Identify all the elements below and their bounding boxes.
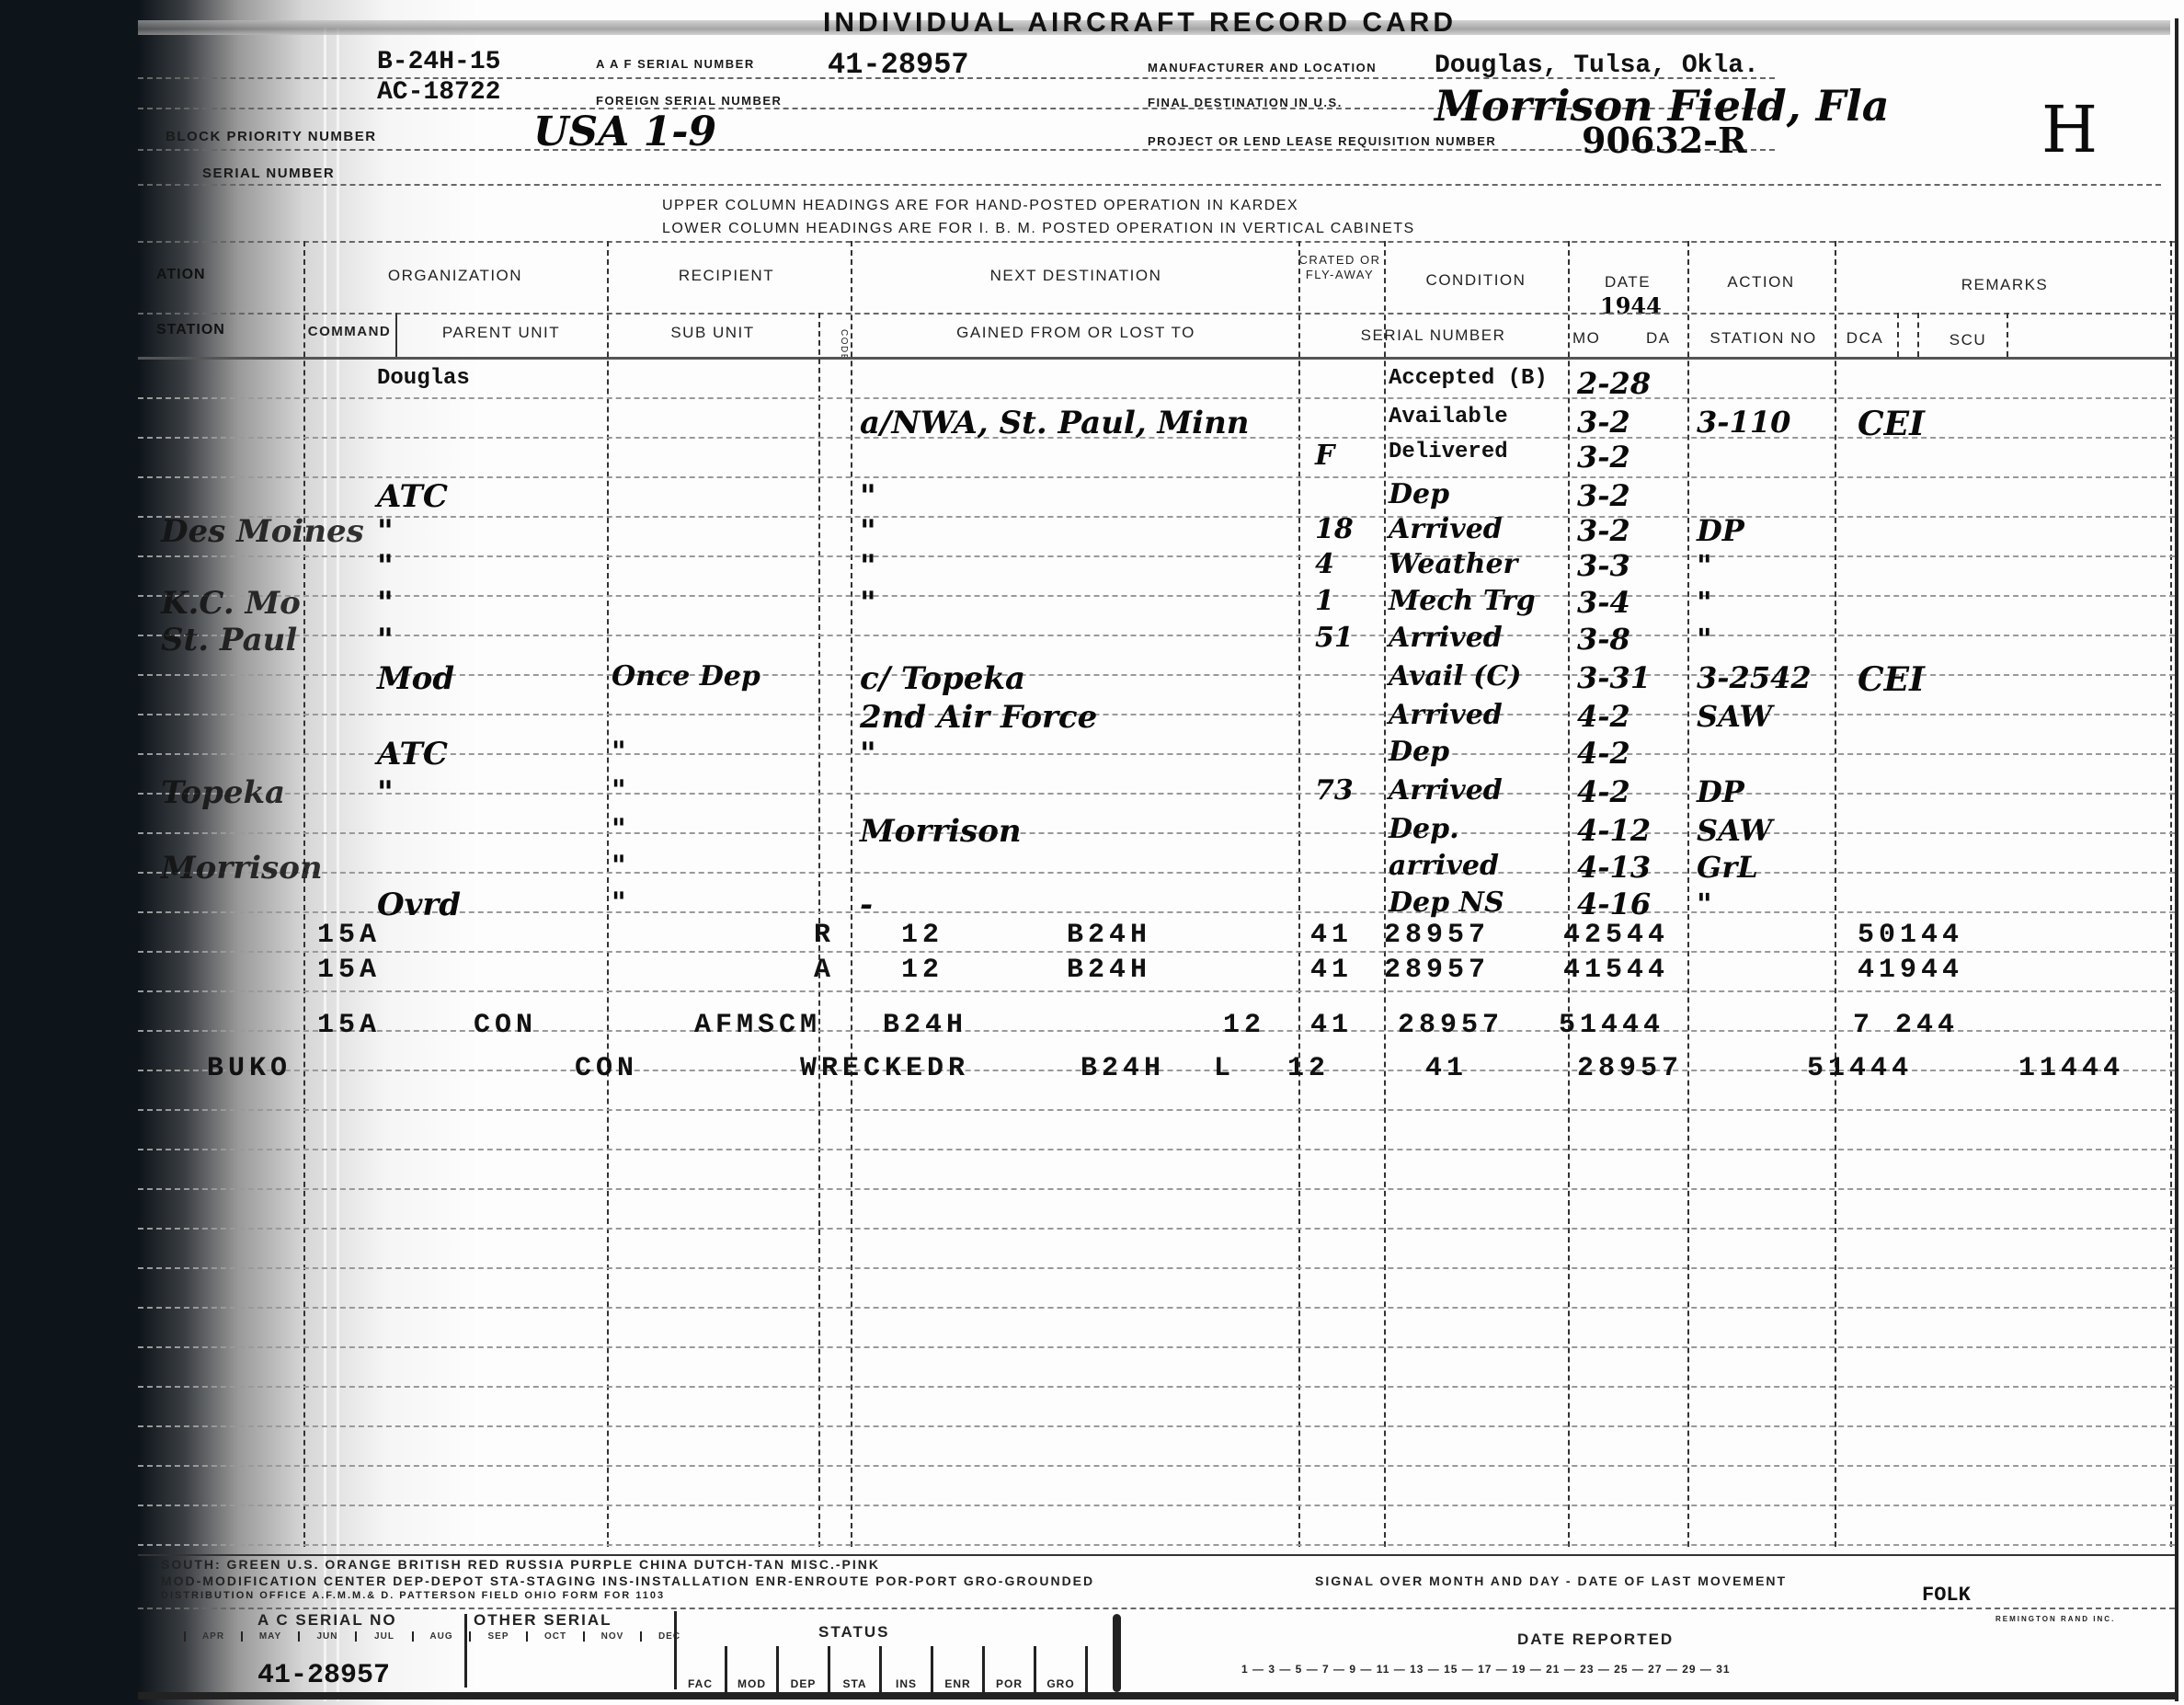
cell-org: " xyxy=(377,548,394,585)
cell-destination: " xyxy=(860,478,876,515)
cell-condition: Dep. xyxy=(1389,813,1459,845)
ibm-cell-date2: 11444 xyxy=(2018,1053,2124,1084)
cell-org: " xyxy=(377,585,394,622)
status-box-dep: DEP xyxy=(779,1646,830,1692)
recipient-header: RECIPIENT xyxy=(607,267,846,285)
ibm-cell-serial: 28957 xyxy=(1398,1010,1504,1041)
row-rule xyxy=(138,1267,2175,1269)
header-bottom-rule xyxy=(138,357,2175,360)
crated-header: CRATED OR FLY-AWAY xyxy=(1298,253,1381,282)
cell-date: 3-2 xyxy=(1577,478,1630,513)
block-priority-label: BLOCK PRIORITY NUMBER xyxy=(166,129,377,144)
cell-action: " xyxy=(1697,622,1712,657)
ibm-cell-date1: 42544 xyxy=(1563,920,1669,951)
dca-header: DCA xyxy=(1837,329,1892,348)
ibm-cell-seq: 12 xyxy=(1287,1053,1330,1084)
row-rule xyxy=(138,1544,2175,1546)
col-divider xyxy=(395,313,397,357)
row-rule xyxy=(138,516,2175,518)
date-reported-days: 1 — 3 — 5 — 7 — 9 — 11 — 13 — 15 — 17 — … xyxy=(1241,1663,1731,1676)
row-rule xyxy=(138,1109,2175,1111)
row-rule xyxy=(138,1425,2175,1427)
cell-date: 3-2 xyxy=(1577,405,1630,440)
cell-condition: arrived xyxy=(1389,850,1499,882)
month-box: SEP xyxy=(469,1631,526,1642)
cell-crated: 51 xyxy=(1315,622,1354,654)
ibm-cell-serial: 28957 xyxy=(1577,1053,1683,1084)
ibm-cell-date2: 41944 xyxy=(1858,955,1963,986)
cell-crated: F xyxy=(1315,440,1334,472)
printer-mark: REMINGTON RAND INC. xyxy=(1995,1615,2115,1623)
cell-date: 2-28 xyxy=(1577,366,1651,401)
month-boxes: APRMAYJUNJULAUGSEPOCTNOVDEC xyxy=(184,1631,697,1642)
distribution-note: DISTRIBUTION OFFICE A.F.M.M.& D. PATTERS… xyxy=(161,1590,665,1601)
rule xyxy=(138,149,1775,151)
row-rule xyxy=(138,1346,2175,1348)
cell-org: Mod xyxy=(377,660,454,697)
action-header: ACTION xyxy=(1687,273,1835,292)
row-rule xyxy=(138,635,2175,636)
lower-headings-note: LOWER COLUMN HEADINGS ARE FOR I. B. M. P… xyxy=(662,221,1415,237)
cell-date: 4-16 xyxy=(1577,887,1651,921)
mfr-serial-label: SERIAL NUMBER xyxy=(202,166,335,181)
cell-location: Topeka xyxy=(161,774,285,811)
ibm-cell-yr: 41 xyxy=(1310,920,1353,951)
project-label: PROJECT OR LEND LEASE REQUISITION NUMBER xyxy=(1148,134,1496,148)
cell-condition: Available xyxy=(1389,405,1508,429)
cell-crated: 1 xyxy=(1315,585,1334,617)
ac-serial-label: A C SERIAL NO xyxy=(257,1611,397,1630)
color-legend: SOUTH: GREEN U.S. ORANGE BRITISH RED RUS… xyxy=(161,1557,880,1572)
ibm-cell-seq: 12 xyxy=(901,955,943,986)
ibm-cell-cmd: 15A xyxy=(317,920,381,951)
cell-condition: Dep xyxy=(1389,478,1449,510)
ibm-cell-type: B24H xyxy=(1081,1053,1165,1084)
cell-location: Morrison xyxy=(161,850,323,887)
ibm-cell-type: B24H xyxy=(883,1010,967,1041)
month-box: JUN xyxy=(298,1631,355,1642)
cell-condition: Arrived xyxy=(1389,513,1503,545)
cell-destination: 2nd Air Force xyxy=(860,699,1097,736)
cell-condition: Accepted (B) xyxy=(1389,366,1548,391)
next-destination-header: NEXT DESTINATION xyxy=(851,267,1301,285)
cell-location: K.C. Mo xyxy=(161,585,301,622)
cell-date: 4-13 xyxy=(1577,850,1651,885)
cell-destination: " xyxy=(860,548,876,585)
ibm-cell-cmd: 15A xyxy=(317,955,381,986)
row-rule xyxy=(138,951,2175,953)
location-header: ATION xyxy=(156,267,206,283)
cell-date: 3-2 xyxy=(1577,440,1630,475)
col-divider xyxy=(1917,313,1919,357)
cell-org: Douglas xyxy=(377,366,470,391)
cell-destination: c/ Topeka xyxy=(860,660,1025,697)
cell-condition: Avail (C) xyxy=(1389,660,1521,692)
organization-header: ORGANIZATION xyxy=(303,267,607,285)
cell-date: 3-4 xyxy=(1577,585,1630,620)
row-rule xyxy=(138,1465,2175,1467)
ibm-cell-type: B24H xyxy=(1067,920,1151,951)
cell-destination: " xyxy=(860,513,876,550)
cell-remarks: CEI xyxy=(1858,405,1925,443)
col-divider xyxy=(1897,313,1899,357)
cell-location: St. Paul xyxy=(161,622,297,658)
ibm-cell-col3: WRECKEDR xyxy=(800,1053,969,1084)
cell-recipient: Once Dep xyxy=(612,660,760,692)
project-value: 90632-R xyxy=(1582,120,1747,161)
ibm-cell-cmd: BUKO xyxy=(207,1053,292,1084)
date-header: DATE xyxy=(1568,273,1687,292)
foreign-serial-label: FOREIGN SERIAL NUMBER xyxy=(596,94,782,108)
date-reported-label: DATE REPORTED xyxy=(1517,1631,1674,1649)
contract-value: AC-18722 xyxy=(377,78,500,107)
cell-date: 3-3 xyxy=(1577,548,1630,583)
signal-tab xyxy=(1113,1614,1121,1692)
row-rule xyxy=(138,1149,2175,1150)
row-rule xyxy=(138,1188,2175,1190)
cell-action: " xyxy=(1697,548,1712,583)
ibm-cell-code: R xyxy=(814,920,835,951)
status-box-ins: INS xyxy=(882,1646,933,1692)
bottom-border xyxy=(138,1692,2175,1699)
rule xyxy=(138,313,2175,315)
cell-crated: 73 xyxy=(1315,774,1354,807)
manufacturer-value: Douglas, Tulsa, Okla. xyxy=(1435,51,1759,80)
row-rule xyxy=(138,1386,2175,1388)
ac-serial-value: 41-28957 xyxy=(257,1660,390,1691)
row-rule xyxy=(138,1307,2175,1309)
ibm-cell-serial: 28957 xyxy=(1384,920,1490,951)
row-rule xyxy=(138,714,2175,715)
status-box-gro: GRO xyxy=(1036,1646,1088,1692)
command-header: COMMAND xyxy=(303,324,395,339)
ibm-cell-seq: 12 xyxy=(901,920,943,951)
ibm-cell-code: L xyxy=(1214,1053,1235,1084)
parent-unit-header: PARENT UNIT xyxy=(395,324,607,342)
status-box-mod: MOD xyxy=(727,1646,779,1692)
cell-recipient: " xyxy=(612,736,626,768)
station-no-header: STATION NO xyxy=(1692,329,1835,348)
remarks-header: REMARKS xyxy=(1835,276,2175,294)
cell-recipient: " xyxy=(612,813,626,845)
manufacturer-label: MANUFACTURER AND LOCATION xyxy=(1148,61,1377,74)
cell-destination: - xyxy=(860,887,873,923)
condition-header: CONDITION xyxy=(1384,271,1568,290)
upper-headings-note: UPPER COLUMN HEADINGS ARE FOR HAND-POSTE… xyxy=(662,198,1298,214)
cell-action: 3-2542 xyxy=(1697,660,1812,695)
cell-condition: Mech Trg xyxy=(1389,585,1536,617)
cell-destination: " xyxy=(860,736,876,772)
status-box-fac: FAC xyxy=(676,1646,727,1692)
cell-action: 3-110 xyxy=(1697,405,1790,440)
cell-crated: 4 xyxy=(1315,548,1334,580)
ibm-cell-type: B24H xyxy=(1067,955,1151,986)
row-rule xyxy=(138,1228,2175,1230)
ibm-cell-yr: 41 xyxy=(1310,955,1353,986)
cell-condition: Arrived xyxy=(1389,622,1503,654)
ibm-cell-date1: 51444 xyxy=(1807,1053,1913,1084)
cell-action: " xyxy=(1697,887,1712,921)
cell-org: " xyxy=(377,622,394,658)
card-title: INDIVIDUAL AIRCRAFT RECORD CARD xyxy=(823,7,1457,39)
row-rule xyxy=(138,555,2175,557)
cell-location: Des Moines xyxy=(161,513,364,550)
col-divider xyxy=(464,1614,467,1688)
sub-unit-header: SUB UNIT xyxy=(607,324,818,342)
station-header: STATION xyxy=(156,322,225,338)
cell-recipient: " xyxy=(612,774,626,807)
serial-number-header: SERIAL NUMBER xyxy=(1298,326,1568,345)
signal-note: SIGNAL OVER MONTH AND DAY - DATE OF LAST… xyxy=(1315,1573,1787,1588)
cell-date: 3-2 xyxy=(1577,513,1630,548)
cell-date: 3-31 xyxy=(1577,660,1651,695)
row-rule xyxy=(138,872,2175,874)
cell-condition: Weather xyxy=(1389,548,1517,580)
cell-org: ATC xyxy=(377,478,448,515)
model-value: B-24H-15 xyxy=(377,48,500,76)
month-box: DEC xyxy=(640,1631,697,1642)
ibm-cell-serial: 28957 xyxy=(1384,955,1490,986)
status-label: STATUS xyxy=(818,1623,889,1642)
status-box-sta: STA xyxy=(830,1646,882,1692)
cell-recipient: " xyxy=(612,887,626,919)
status-box-por: POR xyxy=(985,1646,1036,1692)
col-divider xyxy=(2007,313,2008,357)
gained-lost-header: GAINED FROM OR LOST TO xyxy=(851,324,1301,342)
cell-action: SAW xyxy=(1697,699,1772,734)
cell-condition: Dep NS xyxy=(1389,887,1504,919)
da-header: DA xyxy=(1646,329,1671,348)
date-year: 1944 xyxy=(1600,292,1662,319)
ibm-cell-seq: 12 xyxy=(1223,1010,1265,1041)
row-rule xyxy=(138,793,2175,795)
month-box: OCT xyxy=(526,1631,583,1642)
cell-action: DP xyxy=(1697,513,1744,548)
cell-destination: " xyxy=(860,585,876,622)
ibm-cell-col2: CON xyxy=(575,1053,638,1084)
mo-header: MO xyxy=(1572,329,1600,348)
cell-org: " xyxy=(377,774,394,811)
cell-date: 4-12 xyxy=(1577,813,1651,848)
cell-action: DP xyxy=(1697,774,1744,809)
footer-top-rule xyxy=(138,1554,2175,1556)
cell-date: 4-2 xyxy=(1577,699,1630,734)
cell-destination: a/NWA, St. Paul, Minn xyxy=(860,405,1250,441)
cell-condition: Arrived xyxy=(1389,699,1503,731)
cell-condition: Arrived xyxy=(1389,774,1503,807)
cell-action: GrL xyxy=(1697,850,1758,885)
scu-header: SCU xyxy=(1922,331,2014,349)
row-rule xyxy=(138,990,2175,992)
ibm-cell-date2: 50144 xyxy=(1858,920,1963,951)
cell-action: " xyxy=(1697,585,1712,620)
cell-recipient: " xyxy=(612,850,626,882)
cell-condition: Dep xyxy=(1389,736,1449,768)
other-serial-label: OTHER SERIAL xyxy=(474,1611,612,1630)
ibm-cell-yr: 41 xyxy=(1310,1010,1353,1041)
month-box: JUL xyxy=(355,1631,412,1642)
form-code: FOLK xyxy=(1922,1584,1971,1607)
cell-remarks: CEI xyxy=(1858,660,1925,699)
month-box: MAY xyxy=(241,1631,298,1642)
card-right-border xyxy=(2175,18,2178,1701)
month-box: AUG xyxy=(412,1631,469,1642)
month-box: APR xyxy=(184,1631,241,1642)
aaf-serial-value: 41-28957 xyxy=(828,48,969,82)
final-destination-label: FINAL DESTINATION IN U.S. xyxy=(1148,96,1343,109)
cell-date: 4-2 xyxy=(1577,774,1630,809)
row-rule xyxy=(138,595,2175,597)
rule xyxy=(138,184,2161,186)
row-rule xyxy=(138,832,2175,834)
ibm-cell-col3: AFMSCM xyxy=(694,1010,821,1041)
ibm-cell-code: A xyxy=(814,955,835,986)
cell-crated: 18 xyxy=(1315,513,1354,545)
ibm-cell-date1: 51444 xyxy=(1559,1010,1664,1041)
ibm-cell-yr: 41 xyxy=(1425,1053,1468,1084)
rule xyxy=(138,241,2175,243)
cell-date: 4-2 xyxy=(1577,736,1630,771)
ibm-cell-cmd: 15A xyxy=(317,1010,381,1041)
rule xyxy=(138,1608,2175,1609)
status-box-enr: ENR xyxy=(933,1646,985,1692)
status-boxes: FACMODDEPSTAINSENRPORGRO xyxy=(676,1646,1088,1692)
ibm-cell-date1: 41544 xyxy=(1563,955,1669,986)
cell-org: ATC xyxy=(377,736,448,772)
ibm-cell-date2: 7 244 xyxy=(1853,1010,1959,1041)
cell-org: " xyxy=(377,513,394,550)
row-rule xyxy=(138,397,2175,399)
aaf-serial-label: A A F SERIAL NUMBER xyxy=(596,57,755,71)
cell-condition: Delivered xyxy=(1389,440,1508,464)
cell-org: Ovrd xyxy=(377,887,461,923)
month-box: NOV xyxy=(583,1631,640,1642)
ibm-cell-col2: CON xyxy=(474,1010,537,1041)
cell-action: SAW xyxy=(1697,813,1772,848)
cell-destination: Morrison xyxy=(860,813,1022,850)
corner-mark: H xyxy=(2041,92,2098,167)
status-legend: MOD-MODIFICATION CENTER DEP-DEPOT STA-ST… xyxy=(161,1573,1094,1588)
cell-date: 3-8 xyxy=(1577,622,1630,657)
row-rule xyxy=(138,1505,2175,1506)
